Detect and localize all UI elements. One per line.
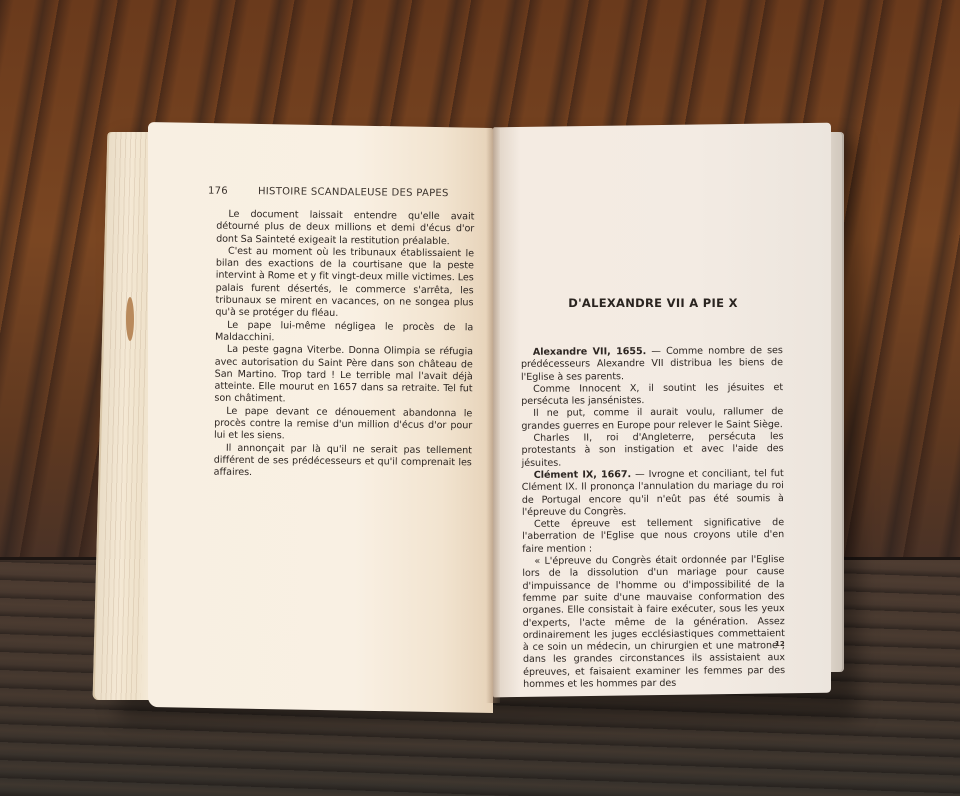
- paragraph: Il ne put, comme il aurait voulu, rallum…: [521, 407, 783, 433]
- paragraph: Charles II, roi d'Angleterre, persécuta …: [521, 431, 783, 470]
- paragraph: Le pape devant ce dénouement abandonna l…: [214, 405, 472, 445]
- pope-heading: Alexandre VII, 1655.: [533, 346, 646, 358]
- paragraph: C'est au moment où les tribunaux établis…: [215, 246, 474, 322]
- paragraph: Le pape lui-même négligea le procès de l…: [215, 319, 473, 346]
- running-head-title: HISTOIRE SCANDALEUSE DES PAPES: [258, 186, 449, 199]
- right-page-body: Alexandre VII, 1655. — Comme nombre de s…: [521, 345, 785, 691]
- paragraph: Le document laissait entendre qu'elle av…: [216, 209, 474, 249]
- signature-mark: 12: [775, 640, 785, 648]
- paragraph: « L'épreuve du Congrès était ordonnée pa…: [522, 554, 785, 691]
- paragraph: Il annonçait par là qu'il ne serait pas …: [214, 442, 472, 482]
- left-page-body: Le document laissait entendre qu'elle av…: [214, 209, 475, 482]
- page-edge-stain: [126, 297, 134, 341]
- paragraph: Comme Innocent X, il soutint les jésuite…: [521, 382, 783, 408]
- paragraph: Cette épreuve est tellement significativ…: [522, 517, 784, 556]
- chapter-title: D'ALEXANDRE VII A PIE X: [522, 296, 784, 310]
- paragraph: La peste gagna Viterbe. Donna Olimpia se…: [214, 344, 473, 408]
- paragraph: Clément IX, 1667. — Ivrogne et concilian…: [522, 468, 784, 519]
- pope-heading: Clément IX, 1667.: [534, 469, 632, 481]
- page-number: 176: [208, 186, 228, 197]
- book-gutter: [486, 128, 500, 703]
- paragraph: Alexandre VII, 1655. — Comme nombre de s…: [521, 345, 783, 384]
